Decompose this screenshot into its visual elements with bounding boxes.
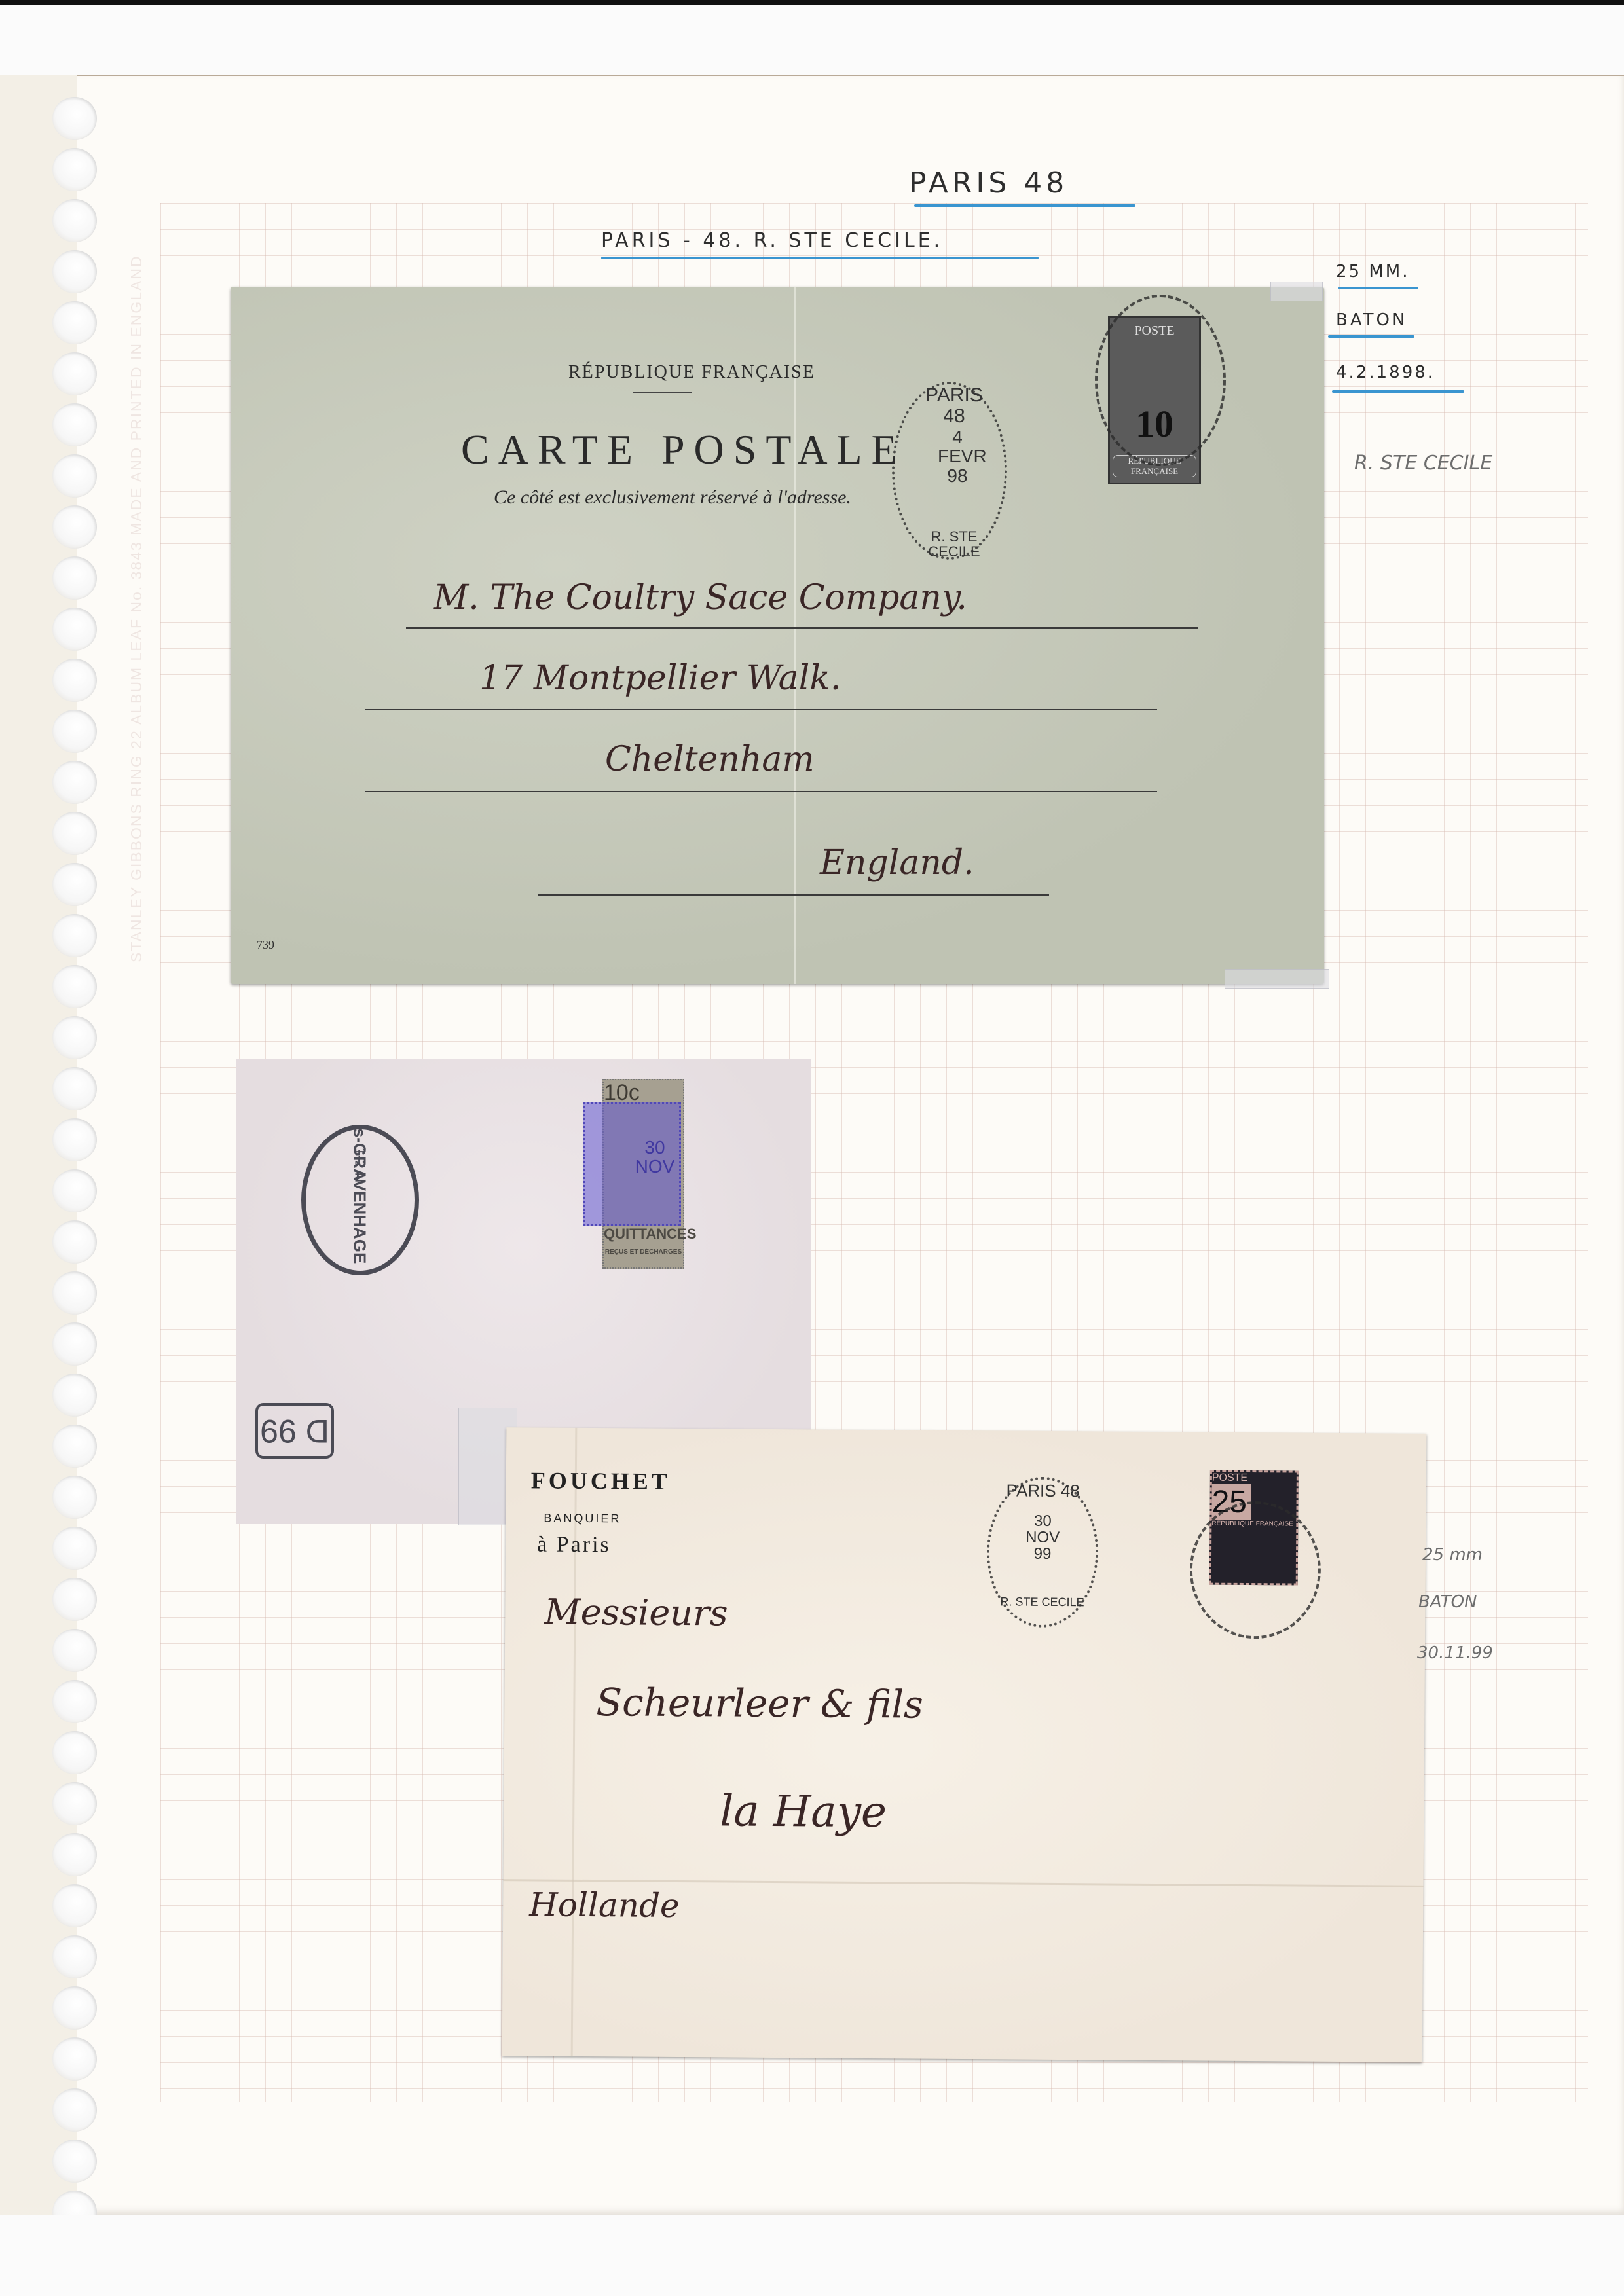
punched-hole xyxy=(52,250,97,293)
address-line-4: England. xyxy=(820,843,974,883)
punched-hole xyxy=(52,2140,97,2183)
mount-corner xyxy=(1225,969,1329,989)
punched-hole xyxy=(52,2037,97,2081)
mount-corner xyxy=(1270,282,1323,301)
punched-hole xyxy=(52,352,97,395)
address-rule-1 xyxy=(406,627,1198,629)
boxed-d99-mark: D 99 xyxy=(255,1403,334,1459)
address-rule-3 xyxy=(365,791,1157,792)
punched-hole xyxy=(52,97,97,140)
punched-hole xyxy=(52,1476,97,1519)
postmark-on-stamp xyxy=(1095,295,1226,466)
punched-hole xyxy=(52,863,97,906)
punched-hole xyxy=(52,710,97,753)
address-line-3: Cheltenham xyxy=(605,740,815,779)
punched-hole xyxy=(52,199,97,242)
pencil-note-size: 25 mm xyxy=(1422,1545,1483,1565)
address-line-1: M. The Coultry Sace Company. xyxy=(434,578,967,617)
scanner-top-edge xyxy=(0,0,1624,5)
postmark-date: 4 FEVR 98 xyxy=(938,428,977,485)
punched-hole xyxy=(52,454,97,498)
page-subtitle: PARIS - 48. R. STE CECILE. xyxy=(601,229,943,252)
punched-hole xyxy=(52,965,97,1008)
punched-hole xyxy=(52,556,97,600)
punched-hole xyxy=(52,1833,97,1876)
address-rule-4 xyxy=(538,894,1049,896)
postcard: RÉPUBLIQUE FRANÇAISE CARTE POSTALE Ce cô… xyxy=(231,287,1324,984)
arrival-postmark-time: 1-2 N xyxy=(352,1146,367,1185)
punched-hole xyxy=(52,1884,97,1927)
punched-hole xyxy=(52,148,97,191)
punched-hole xyxy=(52,1016,97,1059)
punched-hole xyxy=(52,659,97,702)
postmark-bottom-text: R. STE CECILE xyxy=(996,1595,1088,1609)
cancel-day: 30 xyxy=(629,1138,681,1157)
punched-hole xyxy=(52,1425,97,1468)
punched-hole xyxy=(52,1578,97,1621)
punched-hole xyxy=(52,1986,97,2030)
punched-hole xyxy=(52,1782,97,1825)
punched-hole xyxy=(52,1220,97,1264)
note-type: BATON xyxy=(1336,310,1407,330)
card-republic-text: RÉPUBLIQUE FRANÇAISE xyxy=(568,362,815,383)
sender-trade: BANQUIER xyxy=(544,1512,621,1526)
address-line-4: Hollande xyxy=(529,1886,680,1925)
scanner-background xyxy=(0,5,1624,77)
sender-city: à Paris xyxy=(537,1532,611,1558)
card-form-number: 739 xyxy=(257,938,274,952)
punched-hole xyxy=(52,1935,97,1978)
punched-hole xyxy=(52,1680,97,1723)
postmark-top-text: PARIS 48 xyxy=(1004,1482,1082,1500)
card-ornament-rule xyxy=(633,392,692,393)
punched-hole xyxy=(52,403,97,446)
note-size-underline xyxy=(1338,287,1418,289)
address-rule-2 xyxy=(365,709,1157,710)
stamp-poste-label: POSTE xyxy=(1212,1472,1297,1485)
pencil-note-date: 30.11.99 xyxy=(1417,1643,1493,1663)
fiscal-stamp-label: QUITTANCES xyxy=(604,1226,683,1243)
violet-cancel-text: 30 NOV xyxy=(629,1138,681,1176)
subtitle-underline xyxy=(601,257,1039,259)
pencil-note-type: BATON xyxy=(1418,1592,1477,1612)
postmark-day: 30 xyxy=(1023,1513,1062,1530)
punched-hole xyxy=(52,1731,97,1774)
postmark-year: 99 xyxy=(1023,1546,1062,1563)
card-fold xyxy=(794,287,796,984)
title-underline xyxy=(914,204,1135,207)
punched-hole xyxy=(52,812,97,855)
punched-hole xyxy=(52,608,97,651)
postmark-day: 4 xyxy=(938,428,977,446)
note-size: 25 MM. xyxy=(1336,262,1409,282)
punched-hole xyxy=(52,914,97,957)
postmark-year: 98 xyxy=(938,466,977,485)
postmark-bottom-text: R. STE CECILE xyxy=(908,529,1000,559)
note-date-underline xyxy=(1332,390,1464,393)
address-line-1: Messieurs xyxy=(544,1592,728,1634)
punched-hole xyxy=(52,1067,97,1110)
postmark-top-text: PARIS 48 xyxy=(925,385,984,426)
address-line-2: Scheurleer & fils xyxy=(596,1680,923,1726)
address-line-3: la Haye xyxy=(720,1785,887,1837)
sender-firm: FOUCHET xyxy=(531,1467,671,1495)
boxed-mark-text: D 99 xyxy=(258,1412,331,1450)
card-subtitle: Ce côté est exclusivement réservé à l'ad… xyxy=(494,486,851,509)
note-date: 4.2.1898. xyxy=(1336,363,1435,382)
punched-hole xyxy=(52,1118,97,1161)
punched-hole xyxy=(52,761,97,804)
punched-hole xyxy=(52,1629,97,1672)
envelope-cover: FOUCHET BANQUIER à Paris PARIS 48 30 NOV… xyxy=(502,1427,1427,2062)
postmark-on-stamp xyxy=(1189,1501,1321,1639)
punched-hole xyxy=(52,1374,97,1417)
postmark-month: NOV xyxy=(1023,1529,1062,1546)
postmark-month: FEVR xyxy=(938,446,977,465)
scanner-background xyxy=(0,2215,1624,2296)
page-title: PARIS 48 xyxy=(909,166,1068,200)
address-line-2: 17 Montpellier Walk. xyxy=(479,659,841,698)
punched-hole xyxy=(52,1169,97,1212)
punched-hole xyxy=(52,1271,97,1315)
postmark-date: 30 NOV 99 xyxy=(1023,1513,1063,1563)
pencil-note: R. STE CECILE xyxy=(1354,452,1492,475)
note-type-underline xyxy=(1328,335,1414,338)
cancel-month: NOV xyxy=(629,1157,681,1176)
punched-hole xyxy=(52,1527,97,1570)
punched-hole xyxy=(52,505,97,549)
card-title: CARTE POSTALE xyxy=(461,426,906,474)
punched-hole xyxy=(52,2088,97,2132)
punched-hole xyxy=(52,301,97,344)
album-imprint: STANLEY GIBBONS RING 22 ALBUM LEAF No. 3… xyxy=(128,255,145,962)
fiscal-stamp-sublabel: REÇUS ET DÉCHARGES xyxy=(604,1248,683,1256)
punched-hole xyxy=(52,1322,97,1366)
